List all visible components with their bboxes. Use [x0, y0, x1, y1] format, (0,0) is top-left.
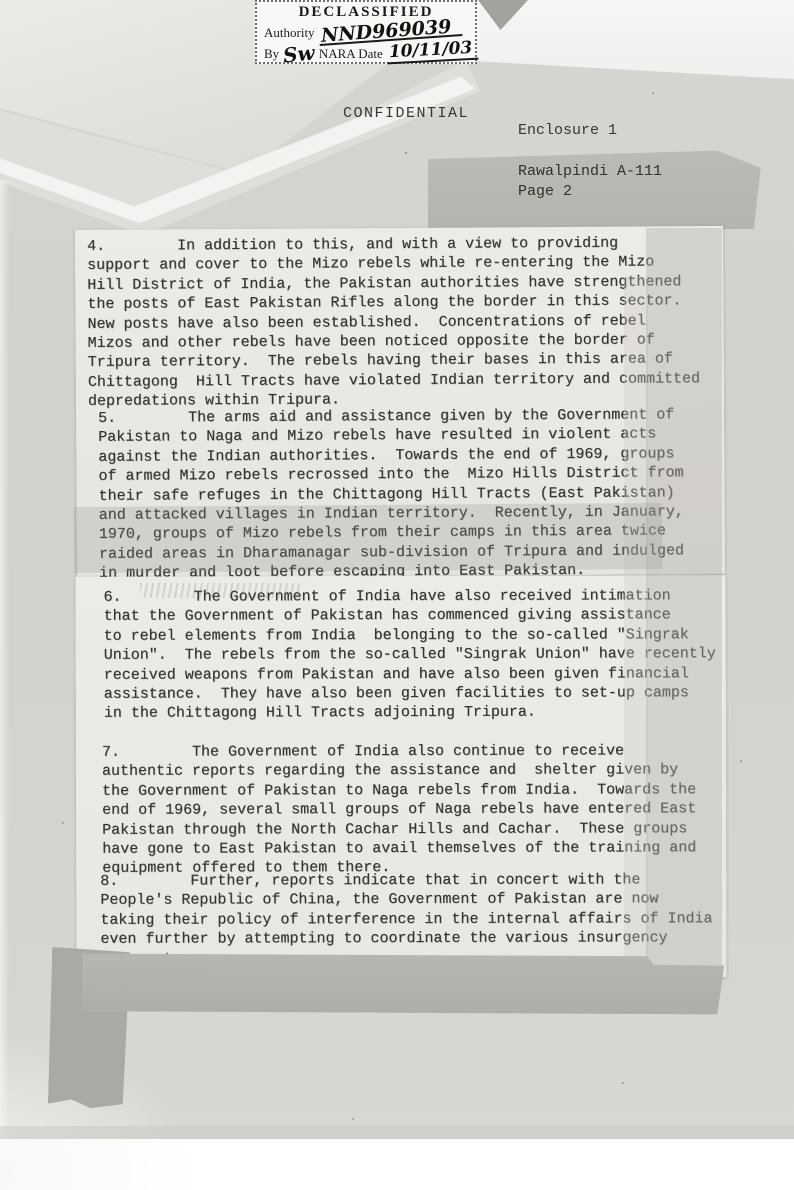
enclosure-label: Enclosure 1 [518, 122, 617, 139]
paragraph-4: 4. In addition to this, and with a view … [87, 233, 716, 411]
paragraph-7-number: 7. [102, 744, 120, 761]
tape-strip-right [646, 228, 722, 976]
paragraph-5-number: 5. [98, 410, 116, 427]
scan-bottom-edge-shadow [0, 1126, 794, 1139]
stamp-signature: Sw [282, 44, 315, 63]
stamp-date-row: By Sw NARA Date 10/11/03 [264, 41, 468, 62]
tape-strip-bottom [82, 951, 724, 1017]
scanned-document-page: CONFIDENTIAL Enclosure 1 Rawalpindi A-11… [0, 0, 794, 1139]
scan-speckles [0, 0, 2, 2]
paragraph-6-number: 6. [104, 589, 122, 606]
stamp-by-label: By [264, 46, 279, 62]
tape-strip-right-inner [624, 276, 648, 976]
page-number: Page 2 [518, 183, 572, 200]
tape-strip-over-paragraph-5 [74, 503, 662, 573]
declassification-stamp: DECLASSIFIED Authority NND969039 By Sw N… [255, 0, 477, 64]
paragraph-4-number: 4. [87, 238, 105, 255]
document-reference: Rawalpindi A-111 [518, 163, 662, 180]
paragraph-8-number: 8. [100, 873, 118, 890]
stamp-nara-date-label: NARA Date [319, 46, 383, 62]
stamp-authority-row: Authority NND969039 [264, 20, 468, 41]
paragraph-7-body: The Government of India also continue to… [102, 742, 696, 877]
paragraph-4-body: In addition to this, and with a view to … [87, 235, 700, 410]
paragraph-8-body: Further, reports indicate that in concer… [100, 871, 712, 967]
tape-scratch-artifact [140, 583, 300, 598]
stamp-date-handwritten-value: 10/11/03 [386, 41, 478, 65]
tape-strip-top-right [428, 148, 764, 234]
classification-marking: CONFIDENTIAL [343, 105, 469, 122]
stamp-authority-label: Authority [264, 25, 315, 41]
scan-left-edge-highlight [0, 180, 9, 1139]
